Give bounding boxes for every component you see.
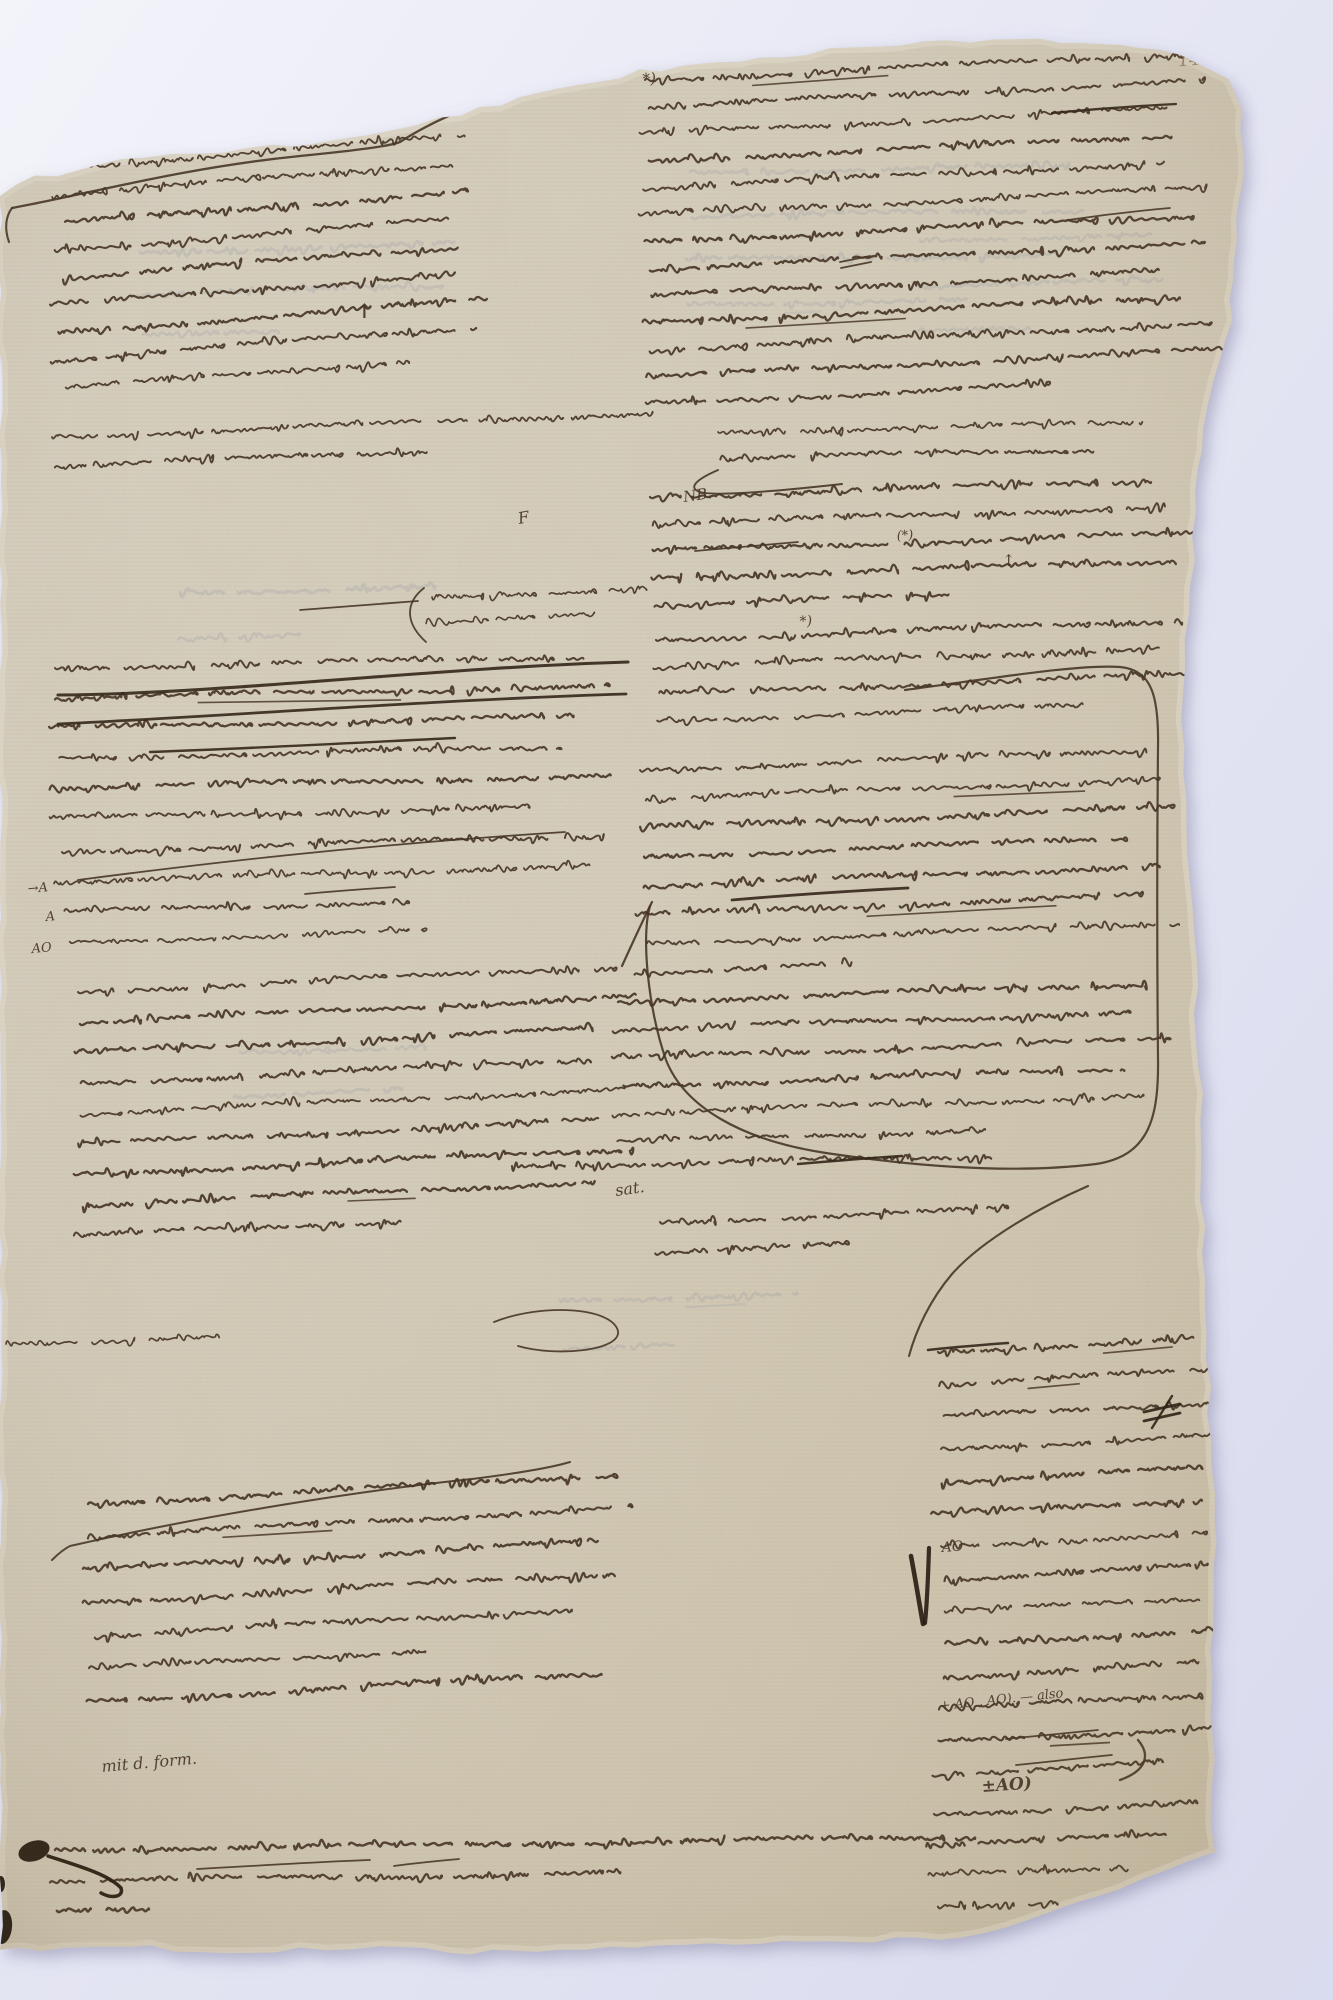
aging-vignette [0, 0, 1333, 2000]
manuscript-canvas: 14 *)NB.*)(*)F↑↑→AAAOsat.mit d. form.AO+… [0, 0, 1333, 2000]
manuscript-scan: 14 *)NB.*)(*)F↑↑→AAAOsat.mit d. form.AO+… [0, 0, 1333, 2000]
